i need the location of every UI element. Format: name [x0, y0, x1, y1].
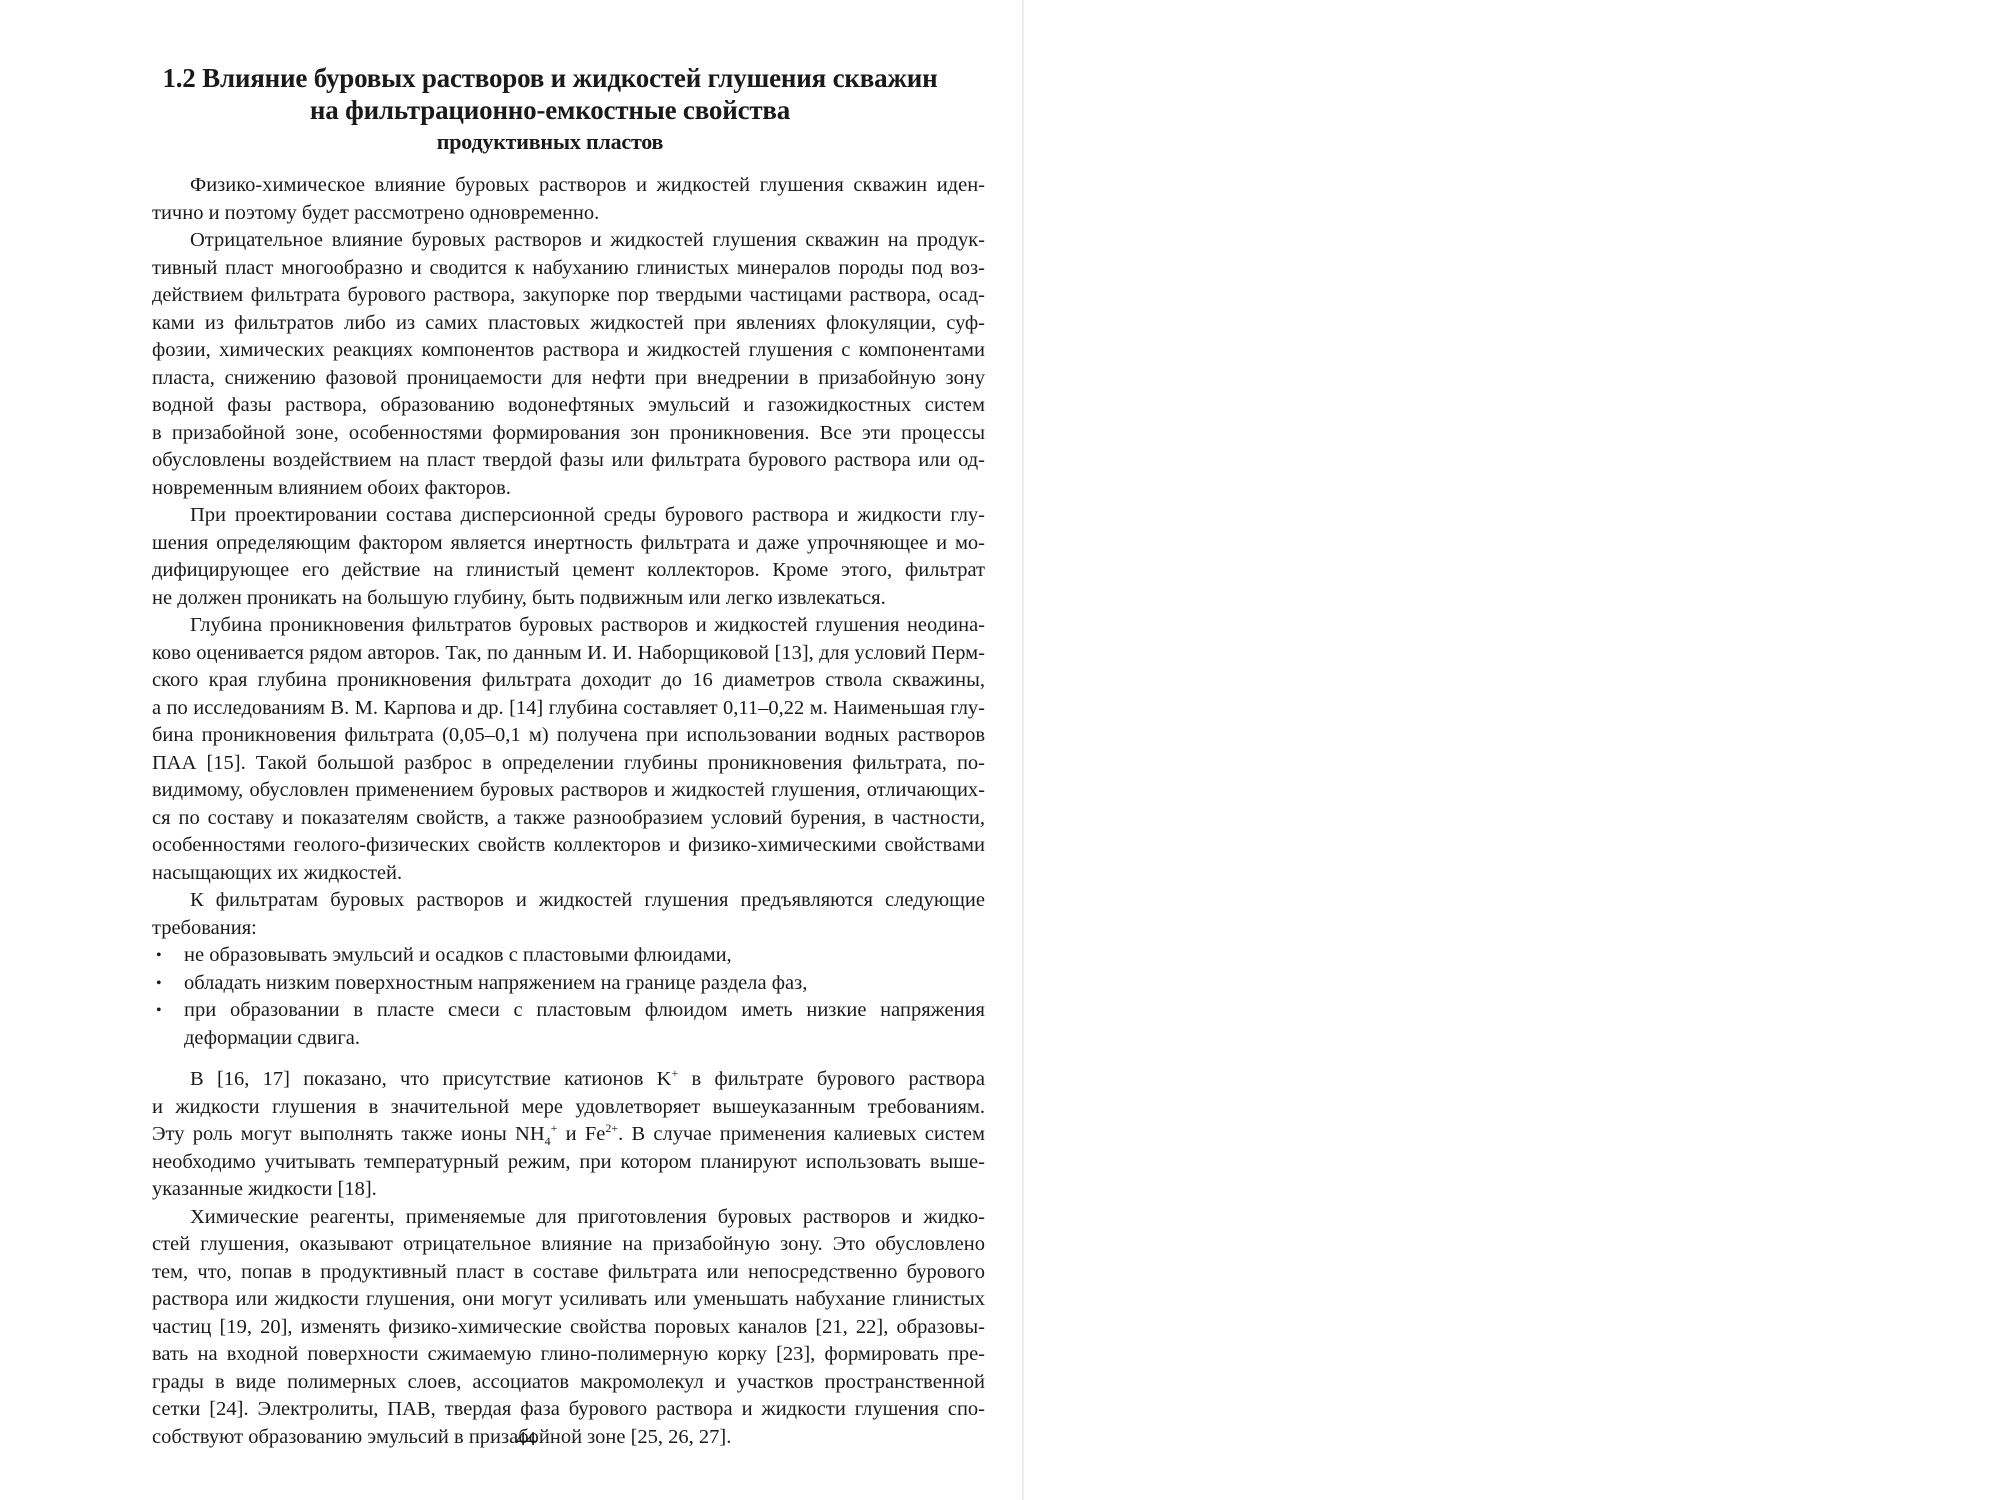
ions-paragraph-line: необходимо учитывать температурный режим… — [152, 1149, 985, 1177]
text-line: тем, что, попав в продуктивный пласт в с… — [152, 1259, 985, 1287]
text-line: насыщающих их жидкостей. — [152, 860, 985, 888]
text-line: шения определяющим фактором является ине… — [152, 530, 985, 558]
ions-paragraph-line: указанные жидкости [18]. — [152, 1176, 985, 1204]
text-line: тично и поэтому будет рассмотрено одновр… — [152, 200, 985, 228]
section-title-line-3: продуктивных пластов — [120, 126, 980, 158]
text-line: Химические реагенты, применяемые для при… — [152, 1204, 985, 1232]
text-line: грады в виде полимерных слоев, ассоциато… — [152, 1369, 985, 1397]
text-line: требования: — [152, 915, 985, 943]
list-item-text: при образовании в пласте смеси с пластов… — [184, 999, 985, 1021]
ions-paragraph-line: и жидкости глушения в значительной мере … — [152, 1094, 985, 1122]
list-item: •обладать низким поверхностным напряжени… — [156, 970, 985, 998]
text-line: водной фазы раствора, образованию водоне… — [152, 392, 985, 420]
text-line: а по исследованиям В. М. Карпова и др. [… — [152, 695, 985, 723]
list-item: •не образовывать эмульсий и осадков с пл… — [156, 942, 985, 970]
section-title-line-1: 1.2 Влияние буровых растворов и жидкосте… — [120, 62, 980, 94]
left-paragraphs: Физико-химическое влияние буровых раство… — [152, 172, 985, 942]
text-line: раствора или жидкости глушения, они могу… — [152, 1286, 985, 1314]
text-line: новременным влиянием обоих факторов. — [152, 475, 985, 503]
text-line: тивный пласт многообразно и сводится к н… — [152, 255, 985, 283]
bullet-icon: • — [156, 997, 162, 1025]
text-line: собствуют образованию эмульсий в призабо… — [152, 1424, 985, 1452]
page-left: 1.2 Влияние буровых растворов и жидкосте… — [0, 0, 1015, 1500]
list-item-text: деформации сдвига. — [184, 1027, 360, 1049]
bullet-icon: • — [156, 970, 162, 998]
text-line: обусловлены воздействием на пласт твердо… — [152, 447, 985, 475]
section-title-line-2: на фильтрационно-емкостные свойства — [120, 94, 980, 126]
requirements-list: •не образовывать эмульсий и осадков с пл… — [152, 942, 985, 1052]
text-line: не должен проникать на большую глубину, … — [152, 585, 985, 613]
text-line: Физико-химическое влияние буровых раство… — [152, 172, 985, 200]
text-line: особенностями геолого-физических свойств… — [152, 832, 985, 860]
text-line: в призабойной зоне, особенностями формир… — [152, 420, 985, 448]
text-line: бина проникновения фильтрата (0,05–0,1 м… — [152, 722, 985, 750]
section-title: 1.2 Влияние буровых растворов и жидкосте… — [120, 62, 980, 158]
text-line: стей глушения, оказывают отрицательное в… — [152, 1231, 985, 1259]
text-line: ками из фильтратов либо из самих пластов… — [152, 310, 985, 338]
list-item: •при образовании в пласте смеси с пласто… — [156, 997, 985, 1025]
text-line: дифицирующее его действие на глинистый ц… — [152, 557, 985, 585]
text-line: пласта, снижению фазовой проницаемости д… — [152, 365, 985, 393]
text-line: Отрицательное влияние буровых растворов … — [152, 227, 985, 255]
left-page-body: Физико-химическое влияние буровых раство… — [152, 172, 985, 1451]
page-number-left: 44 — [516, 1428, 536, 1451]
ions-paragraph-line: В [16, 17] показано, что присутствие кат… — [152, 1066, 985, 1094]
text-line: Глубина проникновения фильтратов буровых… — [152, 612, 985, 640]
bullet-icon: • — [156, 942, 162, 970]
text-line: действием фильтрата бурового раствора, з… — [152, 282, 985, 310]
text-line: сетки [24]. Электролиты, ПАВ, твердая фа… — [152, 1396, 985, 1424]
text-line: частиц [19, 20], изменять физико-химичес… — [152, 1314, 985, 1342]
text-line: фозии, химических реакциях компонентов р… — [152, 337, 985, 365]
text-line: ПАА [15]. Такой большой разброс в опреде… — [152, 750, 985, 778]
text-line: ково оценивается рядом авторов. Так, по … — [152, 640, 985, 668]
text-line: вать на входной поверхности сжимаемую гл… — [152, 1341, 985, 1369]
text-line: К фильтратам буровых растворов и жидкост… — [152, 887, 985, 915]
page-right: Наличие в растворе и жидкости глушения а… — [1015, 0, 2000, 1500]
text-line: ся по составу и показателям свойств, а т… — [152, 805, 985, 833]
left-paragraphs-after: Химические реагенты, применяемые для при… — [152, 1204, 985, 1452]
text-line: видимому, обусловлен применением буровых… — [152, 777, 985, 805]
list-item-text: обладать низким поверхностным напряжение… — [184, 972, 807, 994]
ions-paragraph-line: Эту роль могут выполнять также ионы NH4+… — [152, 1121, 985, 1149]
text-line: ского края глубина проникновения фильтра… — [152, 667, 985, 695]
text-line: При проектировании состава дисперсионной… — [152, 502, 985, 530]
list-item-text: не образовывать эмульсий и осадков с пла… — [184, 944, 732, 966]
list-item: деформации сдвига. — [156, 1025, 985, 1053]
